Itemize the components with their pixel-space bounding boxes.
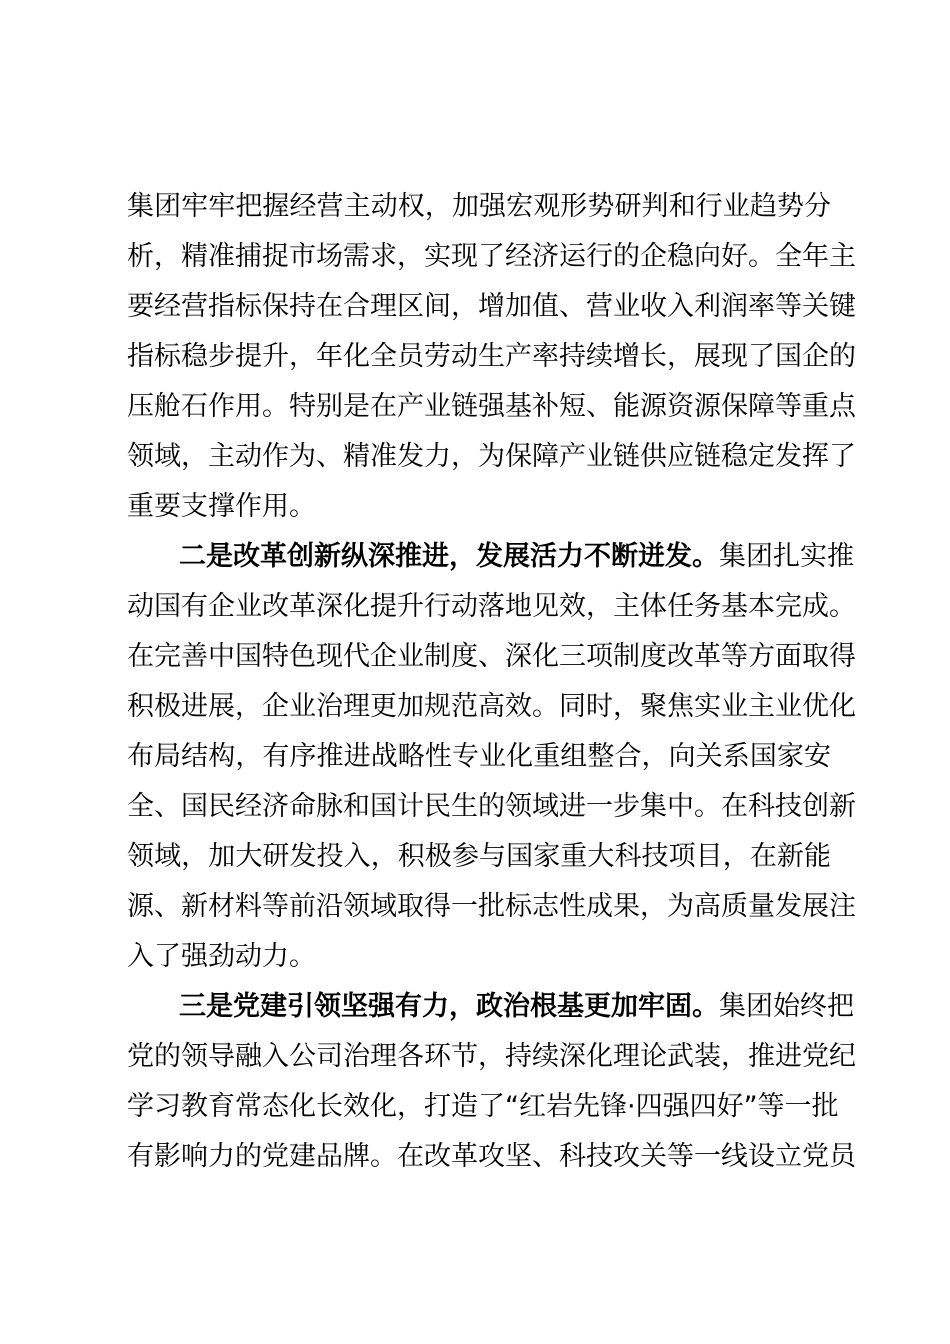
text-line: 源、新材料等前沿领域取得一批标志性成果，为高质量发展注 bbox=[127, 882, 831, 932]
text-line: 动国有企业改革深化提升行动落地见效，主体任务基本完成。 bbox=[127, 582, 831, 632]
text-line: 集团牢牢把握经营主动权，加强宏观形势研判和行业趋势分 bbox=[127, 182, 831, 232]
paragraph-economic-operation: 集团牢牢把握经营主动权，加强宏观形势研判和行业趋势分 析，精准捕捉市场需求，实现… bbox=[127, 182, 831, 532]
text-line: 在完善中国特色现代企业制度、深化三项制度改革等方面取得 bbox=[127, 632, 831, 682]
text-line: 入了强劲动力。 bbox=[127, 932, 831, 982]
text-line: 重要支撑作用。 bbox=[127, 482, 831, 532]
text-line: 指标稳步提升，年化全员劳动生产率持续增长，展现了国企的 bbox=[127, 332, 831, 382]
text-line: 有影响力的党建品牌。在改革攻坚、科技攻关等一线设立党员 bbox=[127, 1132, 831, 1182]
text-line: 党的领导融入公司治理各环节，持续深化理论武装，推进党纪 bbox=[127, 1032, 831, 1082]
paragraph-heading: 三是党建引领坚强有力，政治根基更加牢固。 bbox=[179, 991, 719, 1022]
paragraph-heading: 二是改革创新纵深推进，发展活力不断迸发。 bbox=[179, 541, 719, 572]
paragraph-party-building: 三是党建引领坚强有力，政治根基更加牢固。集团始终把 党的领导融入公司治理各环节，… bbox=[127, 982, 831, 1182]
text-line: 积极进展，企业治理更加规范高效。同时，聚焦实业主业优化 bbox=[127, 682, 831, 732]
text-line: 领域，加大研发投入，积极参与国家重大科技项目，在新能 bbox=[127, 832, 831, 882]
text-line: 析，精准捕捉市场需求，实现了经济运行的企稳向好。全年主 bbox=[127, 232, 831, 282]
text-line: 布局结构，有序推进战略性专业化重组整合，向关系国家安 bbox=[127, 732, 831, 782]
text-line: 领域，主动作为、精准发力，为保障产业链供应链稳定发挥了 bbox=[127, 432, 831, 482]
paragraph-first-line: 三是党建引领坚强有力，政治根基更加牢固。集团始终把 bbox=[127, 982, 831, 1032]
text-line: 压舱石作用。特别是在产业链强基补短、能源资源保障等重点 bbox=[127, 382, 831, 432]
text-line: 要经营指标保持在合理区间，增加值、营业收入利润率等关键 bbox=[127, 282, 831, 332]
text-line: 学习教育常态化长效化，打造了“红岩先锋·四强四好”等一批 bbox=[127, 1082, 831, 1132]
heading-continuation: 集团扎实推 bbox=[719, 541, 854, 572]
document-page: 集团牢牢把握经营主动权，加强宏观形势研判和行业趋势分 析，精准捕捉市场需求，实现… bbox=[127, 182, 831, 1182]
paragraph-reform-innovation: 二是改革创新纵深推进，发展活力不断迸发。集团扎实推 动国有企业改革深化提升行动落… bbox=[127, 532, 831, 982]
paragraph-first-line: 二是改革创新纵深推进，发展活力不断迸发。集团扎实推 bbox=[127, 532, 831, 582]
text-line: 全、国民经济命脉和国计民生的领域进一步集中。在科技创新 bbox=[127, 782, 831, 832]
heading-continuation: 集团始终把 bbox=[719, 991, 854, 1022]
